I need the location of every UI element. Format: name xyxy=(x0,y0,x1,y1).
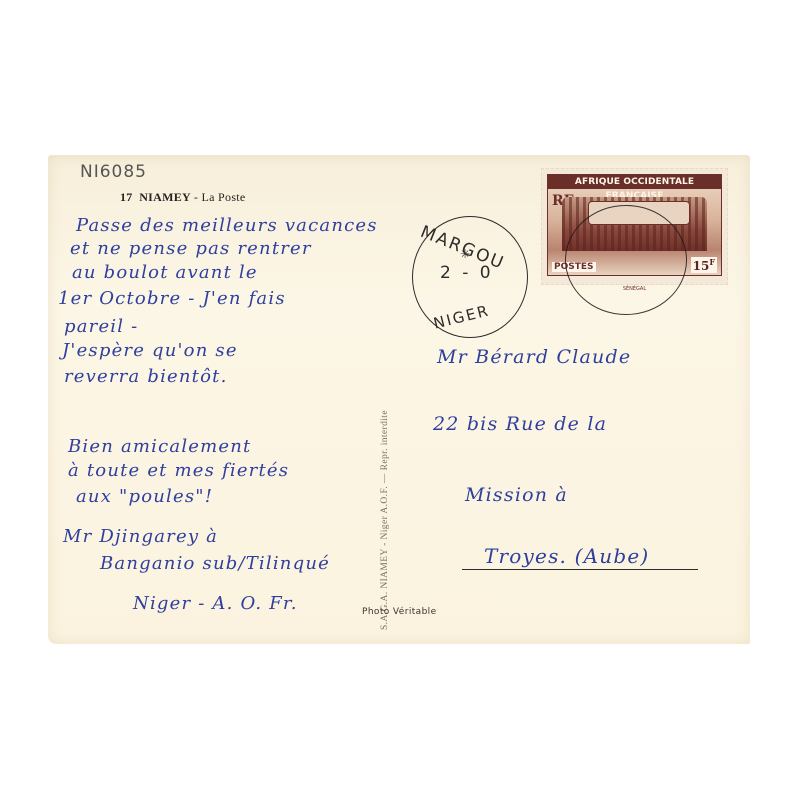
stamp-value-number: 15 xyxy=(693,259,710,273)
stamp-header: AFRIQUE OCCIDENTALE FRANÇAISE xyxy=(548,175,721,189)
message-line: Banganio sub/Tilinqué xyxy=(100,555,330,573)
message-line: Bien amicalement xyxy=(68,438,251,456)
message-line: Niger - A. O. Fr. xyxy=(133,595,298,613)
vertical-publisher-imprint: S.A.G.A. NIAMEY - Niger A.O.F. — Repr. i… xyxy=(380,250,394,630)
postmark-star-icon: ✳ xyxy=(460,247,470,261)
message-line: reverra bientôt. xyxy=(64,368,228,386)
message-line: Passe des meilleurs vacances xyxy=(76,217,378,235)
stamp-value-unit: F xyxy=(709,257,715,267)
message-line: et ne pense pas rentrer xyxy=(70,240,312,258)
address-line: Troyes. (Aube) xyxy=(484,546,649,566)
printed-title: 17 NIAMEY - La Poste xyxy=(120,190,246,205)
title-number: 17 xyxy=(120,190,133,204)
address-line: 22 bis Rue de la xyxy=(433,415,607,434)
postmark-date: 2 - 0 xyxy=(440,263,494,283)
title-place: NIAMEY xyxy=(139,190,190,204)
address-line: Mr Bérard Claude xyxy=(437,348,631,367)
message-line: aux "poules"! xyxy=(76,488,213,506)
stamp-value: 15F xyxy=(691,257,717,273)
address-underline xyxy=(462,569,698,570)
message-line: au boulot avant le xyxy=(72,264,258,282)
message-line: pareil - xyxy=(64,318,138,336)
title-subject: - La Poste xyxy=(194,190,246,204)
photo-veritable-label: Photo Véritable xyxy=(362,607,437,617)
message-line: à toute et mes fiertés xyxy=(68,462,289,480)
address-line: Mission à xyxy=(465,486,568,505)
postmark-cancel-circle xyxy=(565,205,687,315)
message-line: Mr Djingarey à xyxy=(63,528,218,546)
message-line: 1er Octobre - J'en fais xyxy=(58,290,286,308)
message-line: J'espère qu'on se xyxy=(62,342,238,360)
pencil-reference-number: NI6085 xyxy=(80,162,147,182)
